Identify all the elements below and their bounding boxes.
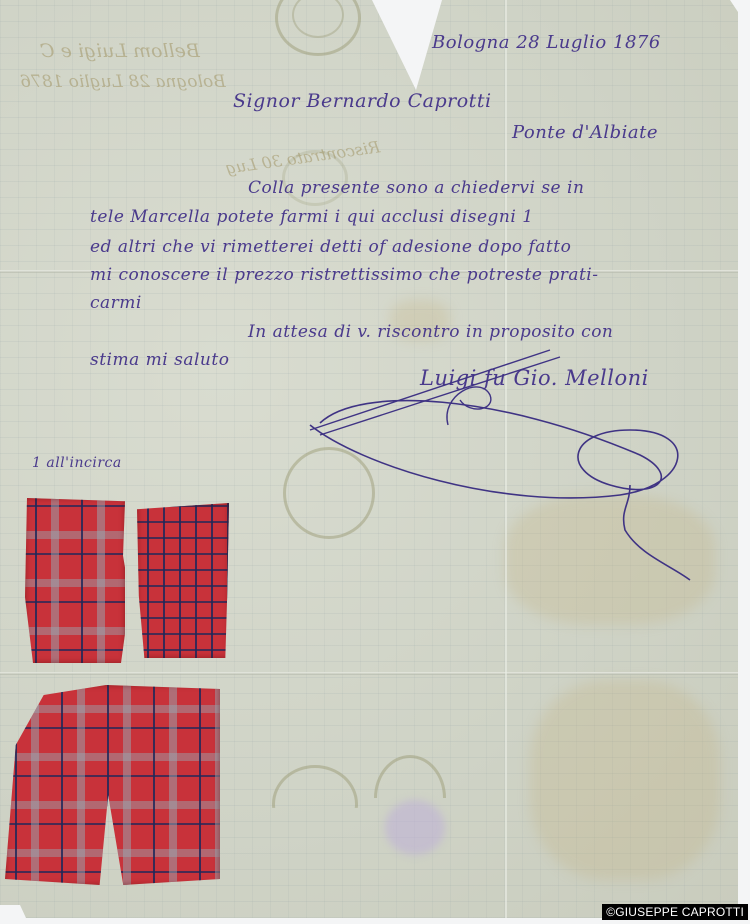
fabric-sample-3: [5, 685, 220, 885]
body-line-1: Colla presente sono a chiedervi se in: [248, 178, 584, 198]
body-line-5: carmi: [90, 293, 142, 313]
copyright-watermark: ©GIUSEPPE CAPROTTI: [602, 904, 748, 920]
wax-seal-trace: [385, 800, 445, 855]
letter-paper: Bellom Luigi e C Bologna 28 Luglio 1876 …: [0, 0, 738, 918]
closing-line: stima mi saluto: [90, 350, 229, 370]
recipient-location: Ponte d'Albiate: [512, 122, 658, 143]
body-line-2: tele Marcella potete farmi i qui acclusi…: [90, 207, 534, 227]
body-line-4: mi conoscere il prezzo ristrettissimo ch…: [90, 265, 599, 285]
salutation: Signor Bernardo Caprotti: [233, 90, 492, 112]
signature-flourish: [300, 335, 720, 595]
sample-note: 1 all'incirca: [32, 455, 122, 471]
fold-line-lower: [0, 672, 738, 675]
fabric-sample-2: [137, 503, 229, 658]
body-line-3: ed altri che vi rimetterei detti of ades…: [90, 237, 571, 257]
ghost-text-line-2: Bologna 28 Luglio 1876: [20, 72, 226, 92]
stain-right-lower: [530, 680, 720, 880]
date-line: Bologna 28 Luglio 1876: [432, 32, 661, 53]
fabric-sample-1: [25, 498, 125, 663]
ghost-text-line-1: Bellom Luigi e C: [40, 40, 200, 62]
postmark-bottom-left: [272, 765, 358, 843]
